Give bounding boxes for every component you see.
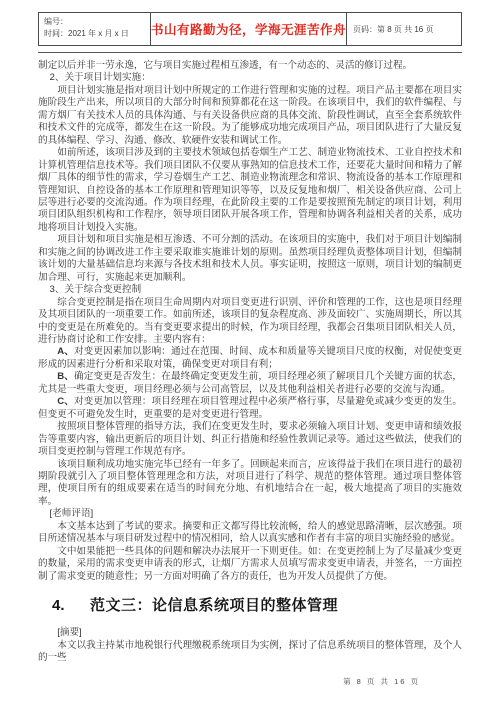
section-title: 范文三：论信息系统项目的整体管理 bbox=[90, 600, 462, 612]
paragraph: 项目计划实施是指对项目计划中所规定的工作进行管理和实施的过程。项目产品主要都在项… bbox=[38, 85, 462, 147]
list-marker-a: A、 bbox=[57, 346, 74, 357]
section-heading: 4. 范文三：论信息系统项目的整体管理 bbox=[38, 600, 462, 612]
paragraph: 如前所述，该项目涉及到的主要技术领域包括卷烟生产工艺、制造业物流技术、工业自控技… bbox=[38, 147, 462, 234]
header-divider-line bbox=[38, 52, 462, 53]
list-item-a: A、对变更因素加以影响：通过在范围、时间、成本和质量等关键项目尺度的权衡，对促使… bbox=[38, 346, 462, 371]
header-page-text: 页码：第 8 页 共 16 页 bbox=[353, 24, 433, 35]
list-item-c-text: 对变更加以管理：项目经理在项目管理过程中必须严格行事，尽量避免或减少变更的发生。… bbox=[38, 396, 462, 419]
paragraph: 综合变更控制是指在项目生命周期内对项目变更进行识别、评价和管理的工作，这也是项目… bbox=[38, 297, 462, 347]
header-motto-cell: 书山有路勤为径，学海无涯苦作舟 bbox=[151, 13, 347, 45]
teacher-comment-label: [老师评语] bbox=[38, 508, 462, 520]
document-header-table: 编号： 时间：2021 年 x 月 x 日 书山有路勤为径，学海无涯苦作舟 页码… bbox=[38, 12, 462, 46]
paragraph: 文中如果能把一些具体的问题和解决办法展开一下则更佳。如：在变更控制上为了尽量减少… bbox=[38, 546, 462, 583]
footer-page-indicator: 第 8 页 共 16 页 bbox=[343, 676, 420, 687]
list-marker-c: C、 bbox=[57, 396, 74, 407]
subsection-label-plan-implementation: 2、关于项目计划实施： bbox=[38, 72, 462, 84]
abstract-block: [摘要] 本文以我主持某市地税银行代理缴税系统项目为实例，探讨了信息系统项目的整… bbox=[38, 627, 462, 664]
paragraph: 制定以后并非一劳永逸，它与项目实施过程相互渗透，有一个动态的、灵活的修订过程。 bbox=[38, 60, 462, 72]
list-item-b: B、确定变更是否发生：在最终确定变更发生前，项目经理必须了解项目几个关键方面的状… bbox=[38, 371, 462, 396]
document-body: 制定以后并非一劳永逸，它与项目实施过程相互渗透，有一个动态的、灵活的修订过程。 … bbox=[38, 60, 462, 665]
header-number-date-cell: 编号： 时间：2021 年 x 月 x 日 bbox=[39, 13, 151, 45]
list-marker-b: B、 bbox=[57, 371, 74, 382]
paragraph: 项目计划和项目实施是相互渗透、不可分割的活动。在该项目的实施中，我们对于项目计划… bbox=[38, 234, 462, 284]
header-page-cell: 页码：第 8 页 共 16 页 bbox=[347, 13, 461, 45]
subsection-label-change-control: 3、关于综合变更控制 bbox=[38, 284, 462, 296]
list-item-a-text: 对变更因素加以影响：通过在范围、时间、成本和质量等关键项目尺度的权衡，对促使变更… bbox=[38, 346, 462, 369]
paragraph: 本文基本达到了考试的要求。摘要和正文都写得比较流畅，给人的感觉思路清晰，层次感强… bbox=[38, 521, 462, 546]
list-item-b-text: 确定变更是否发生：在最终确定变更发生前，项目经理必须了解项目几个关键方面的状态，… bbox=[38, 371, 462, 394]
paragraph: 按照项目整体管理的指导方法，我们在变更发生时，要求必须输入项目计划、变更申请和绩… bbox=[38, 421, 462, 458]
document-page: 编号： 时间：2021 年 x 月 x 日 书山有路勤为径，学海无涯苦作舟 页码… bbox=[0, 0, 500, 707]
list-item-c: C、对变更加以管理：项目经理在项目管理过程中必须严格行事，尽量避免或减少变更的发… bbox=[38, 396, 462, 421]
header-number-label: 编号： bbox=[44, 16, 145, 28]
header-date-label: 时间：2021 年 x 月 x 日 bbox=[44, 28, 145, 40]
header-motto-text: 书山有路勤为径，学海无涯苦作舟 bbox=[151, 20, 346, 38]
paragraph: 本文以我主持某市地税银行代理缴税系统项目为实例，探讨了信息系统项目的整体管理，及… bbox=[38, 640, 462, 665]
paragraph: 该项目顺利成功地实施完毕已经有一年多了。回顾起来而言，应该得益于我们在项目进行的… bbox=[38, 459, 462, 509]
abstract-label: [摘要] bbox=[38, 627, 462, 639]
section-number: 4. bbox=[38, 600, 90, 612]
